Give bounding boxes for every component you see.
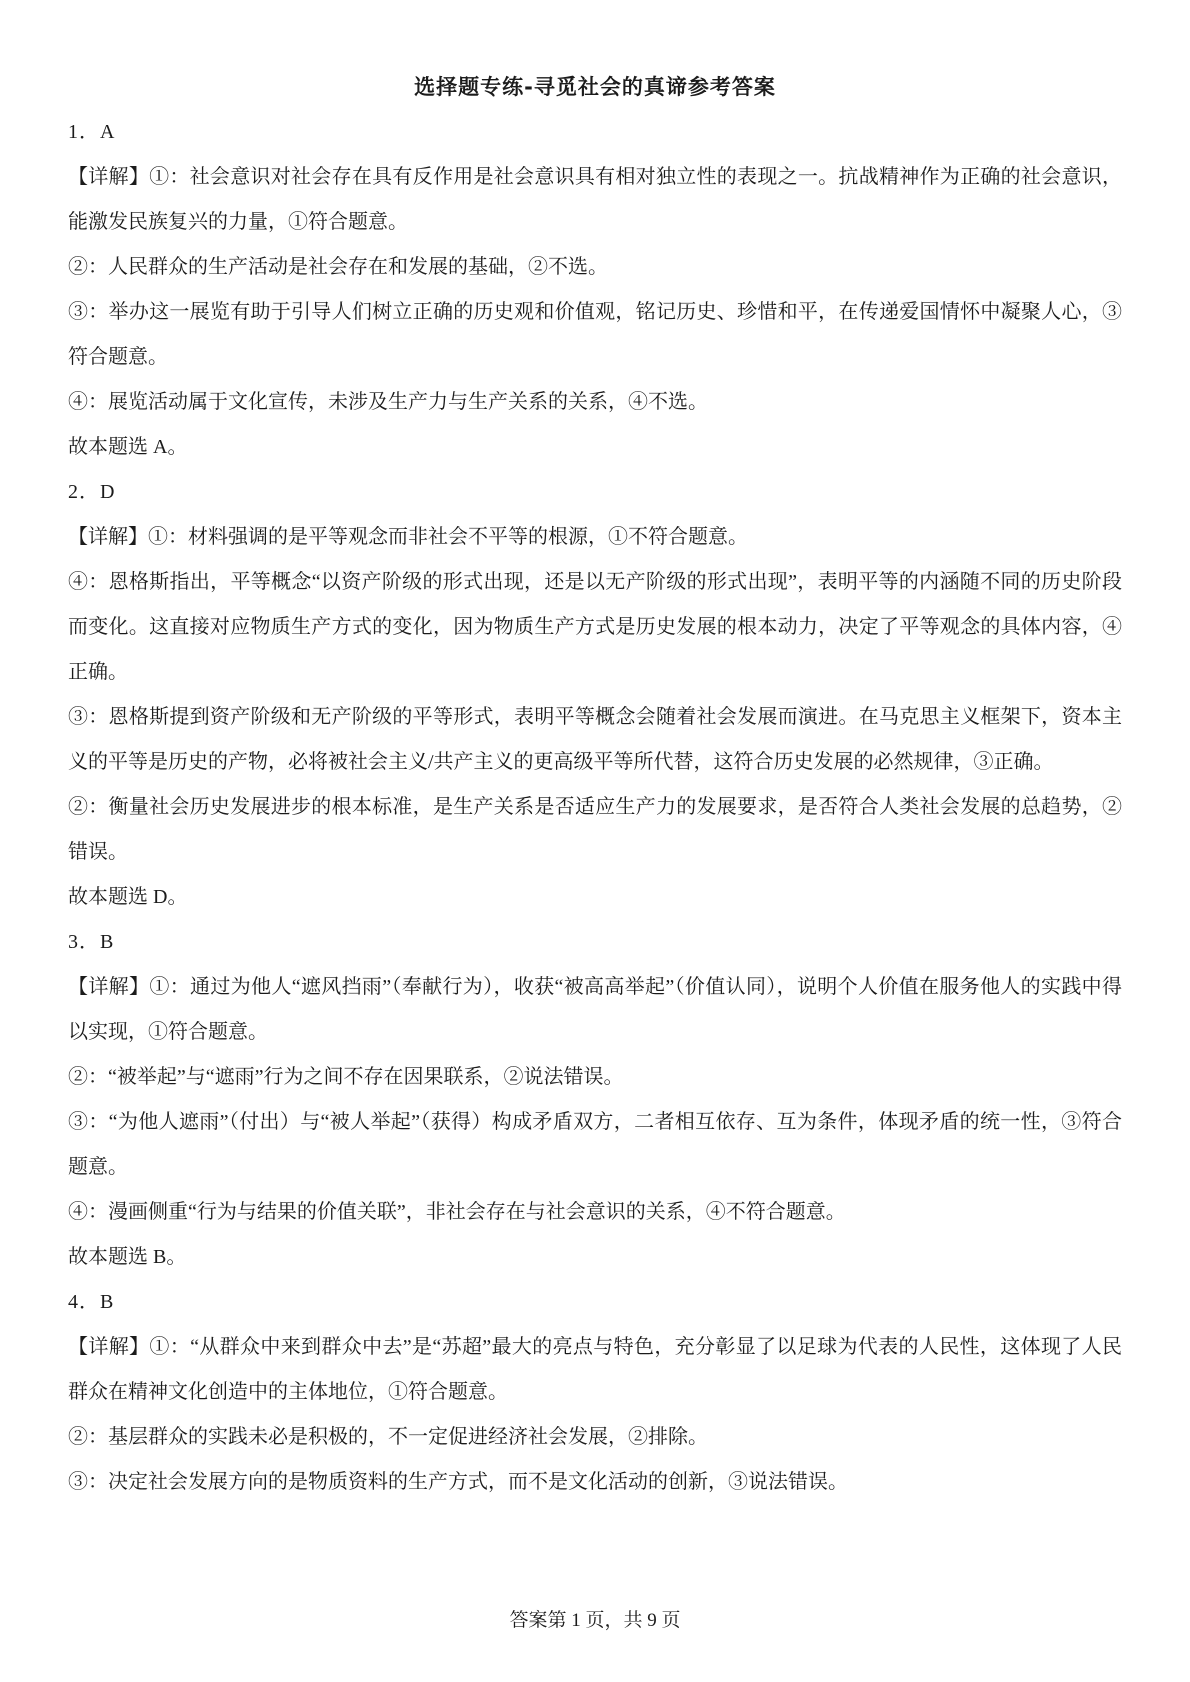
q3-explanation-3: ③：“为他人遮雨”（付出）与“被人举起”（获得）构成矛盾双方，二者相互依存、互为… [68, 1100, 1122, 1190]
q3-conclusion: 故本题选 B。 [68, 1235, 1122, 1280]
q4-explanation-3: ③：决定社会发展方向的是物质资料的生产方式，而不是文化活动的创新，③说法错误。 [68, 1460, 1122, 1505]
q1-explanation-2: ②：人民群众的生产活动是社会存在和发展的基础，②不选。 [68, 245, 1122, 290]
answer-block-q2: 2．D 【详解】①：材料强调的是平等观念而非社会不平等的根源，①不符合题意。 ④… [68, 470, 1122, 920]
q2-answer-number: 2．D [68, 470, 1122, 515]
answer-block-q3: 3．B 【详解】①：通过为他人“遮风挡雨”（奉献行为），收获“被高高举起”（价值… [68, 920, 1122, 1280]
q3-explanation-4: ④：漫画侧重“行为与结果的价值关联”，非社会存在与社会意识的关系，④不符合题意。 [68, 1190, 1122, 1235]
q4-explanation-1: 【详解】①：“从群众中来到群众中去”是“苏超”最大的亮点与特色，充分彰显了以足球… [68, 1325, 1122, 1415]
q4-answer-number: 4．B [68, 1280, 1122, 1325]
q2-explanation-2: ④：恩格斯指出，平等概念“以资产阶级的形式出现，还是以无产阶级的形式出现”，表明… [68, 560, 1122, 695]
q1-explanation-1: 【详解】①：社会意识对社会存在具有反作用是社会意识具有相对独立性的表现之一。抗战… [68, 155, 1122, 245]
q2-conclusion: 故本题选 D。 [68, 875, 1122, 920]
q2-explanation-1: 【详解】①：材料强调的是平等观念而非社会不平等的根源，①不符合题意。 [68, 515, 1122, 560]
q3-answer-number: 3．B [68, 920, 1122, 965]
q1-answer-number: 1．A [68, 110, 1122, 155]
q1-conclusion: 故本题选 A。 [68, 425, 1122, 470]
document-page: 选择题专练-寻觅社会的真谛参考答案 1．A 【详解】①：社会意识对社会存在具有反… [0, 0, 1190, 1682]
document-title: 选择题专练-寻觅社会的真谛参考答案 [68, 0, 1122, 110]
page-number-footer: 答案第 1 页，共 9 页 [0, 1598, 1190, 1643]
q1-explanation-4: ④：展览活动属于文化宣传，未涉及生产力与生产关系的关系，④不选。 [68, 380, 1122, 425]
q1-explanation-3: ③：举办这一展览有助于引导人们树立正确的历史观和价值观，铭记历史、珍惜和平，在传… [68, 290, 1122, 380]
q4-explanation-2: ②：基层群众的实践未必是积极的，不一定促进经济社会发展，②排除。 [68, 1415, 1122, 1460]
answer-block-q1: 1．A 【详解】①：社会意识对社会存在具有反作用是社会意识具有相对独立性的表现之… [68, 110, 1122, 470]
q2-explanation-4: ②：衡量社会历史发展进步的根本标准，是生产关系是否适应生产力的发展要求，是否符合… [68, 785, 1122, 875]
q3-explanation-2: ②：“被举起”与“遮雨”行为之间不存在因果联系，②说法错误。 [68, 1055, 1122, 1100]
answer-block-q4: 4．B 【详解】①：“从群众中来到群众中去”是“苏超”最大的亮点与特色，充分彰显… [68, 1280, 1122, 1505]
document-content: 选择题专练-寻觅社会的真谛参考答案 1．A 【详解】①：社会意识对社会存在具有反… [68, 0, 1122, 1505]
q3-explanation-1: 【详解】①：通过为他人“遮风挡雨”（奉献行为），收获“被高高举起”（价值认同），… [68, 965, 1122, 1055]
q2-explanation-3: ③：恩格斯提到资产阶级和无产阶级的平等形式，表明平等概念会随着社会发展而演进。在… [68, 695, 1122, 785]
